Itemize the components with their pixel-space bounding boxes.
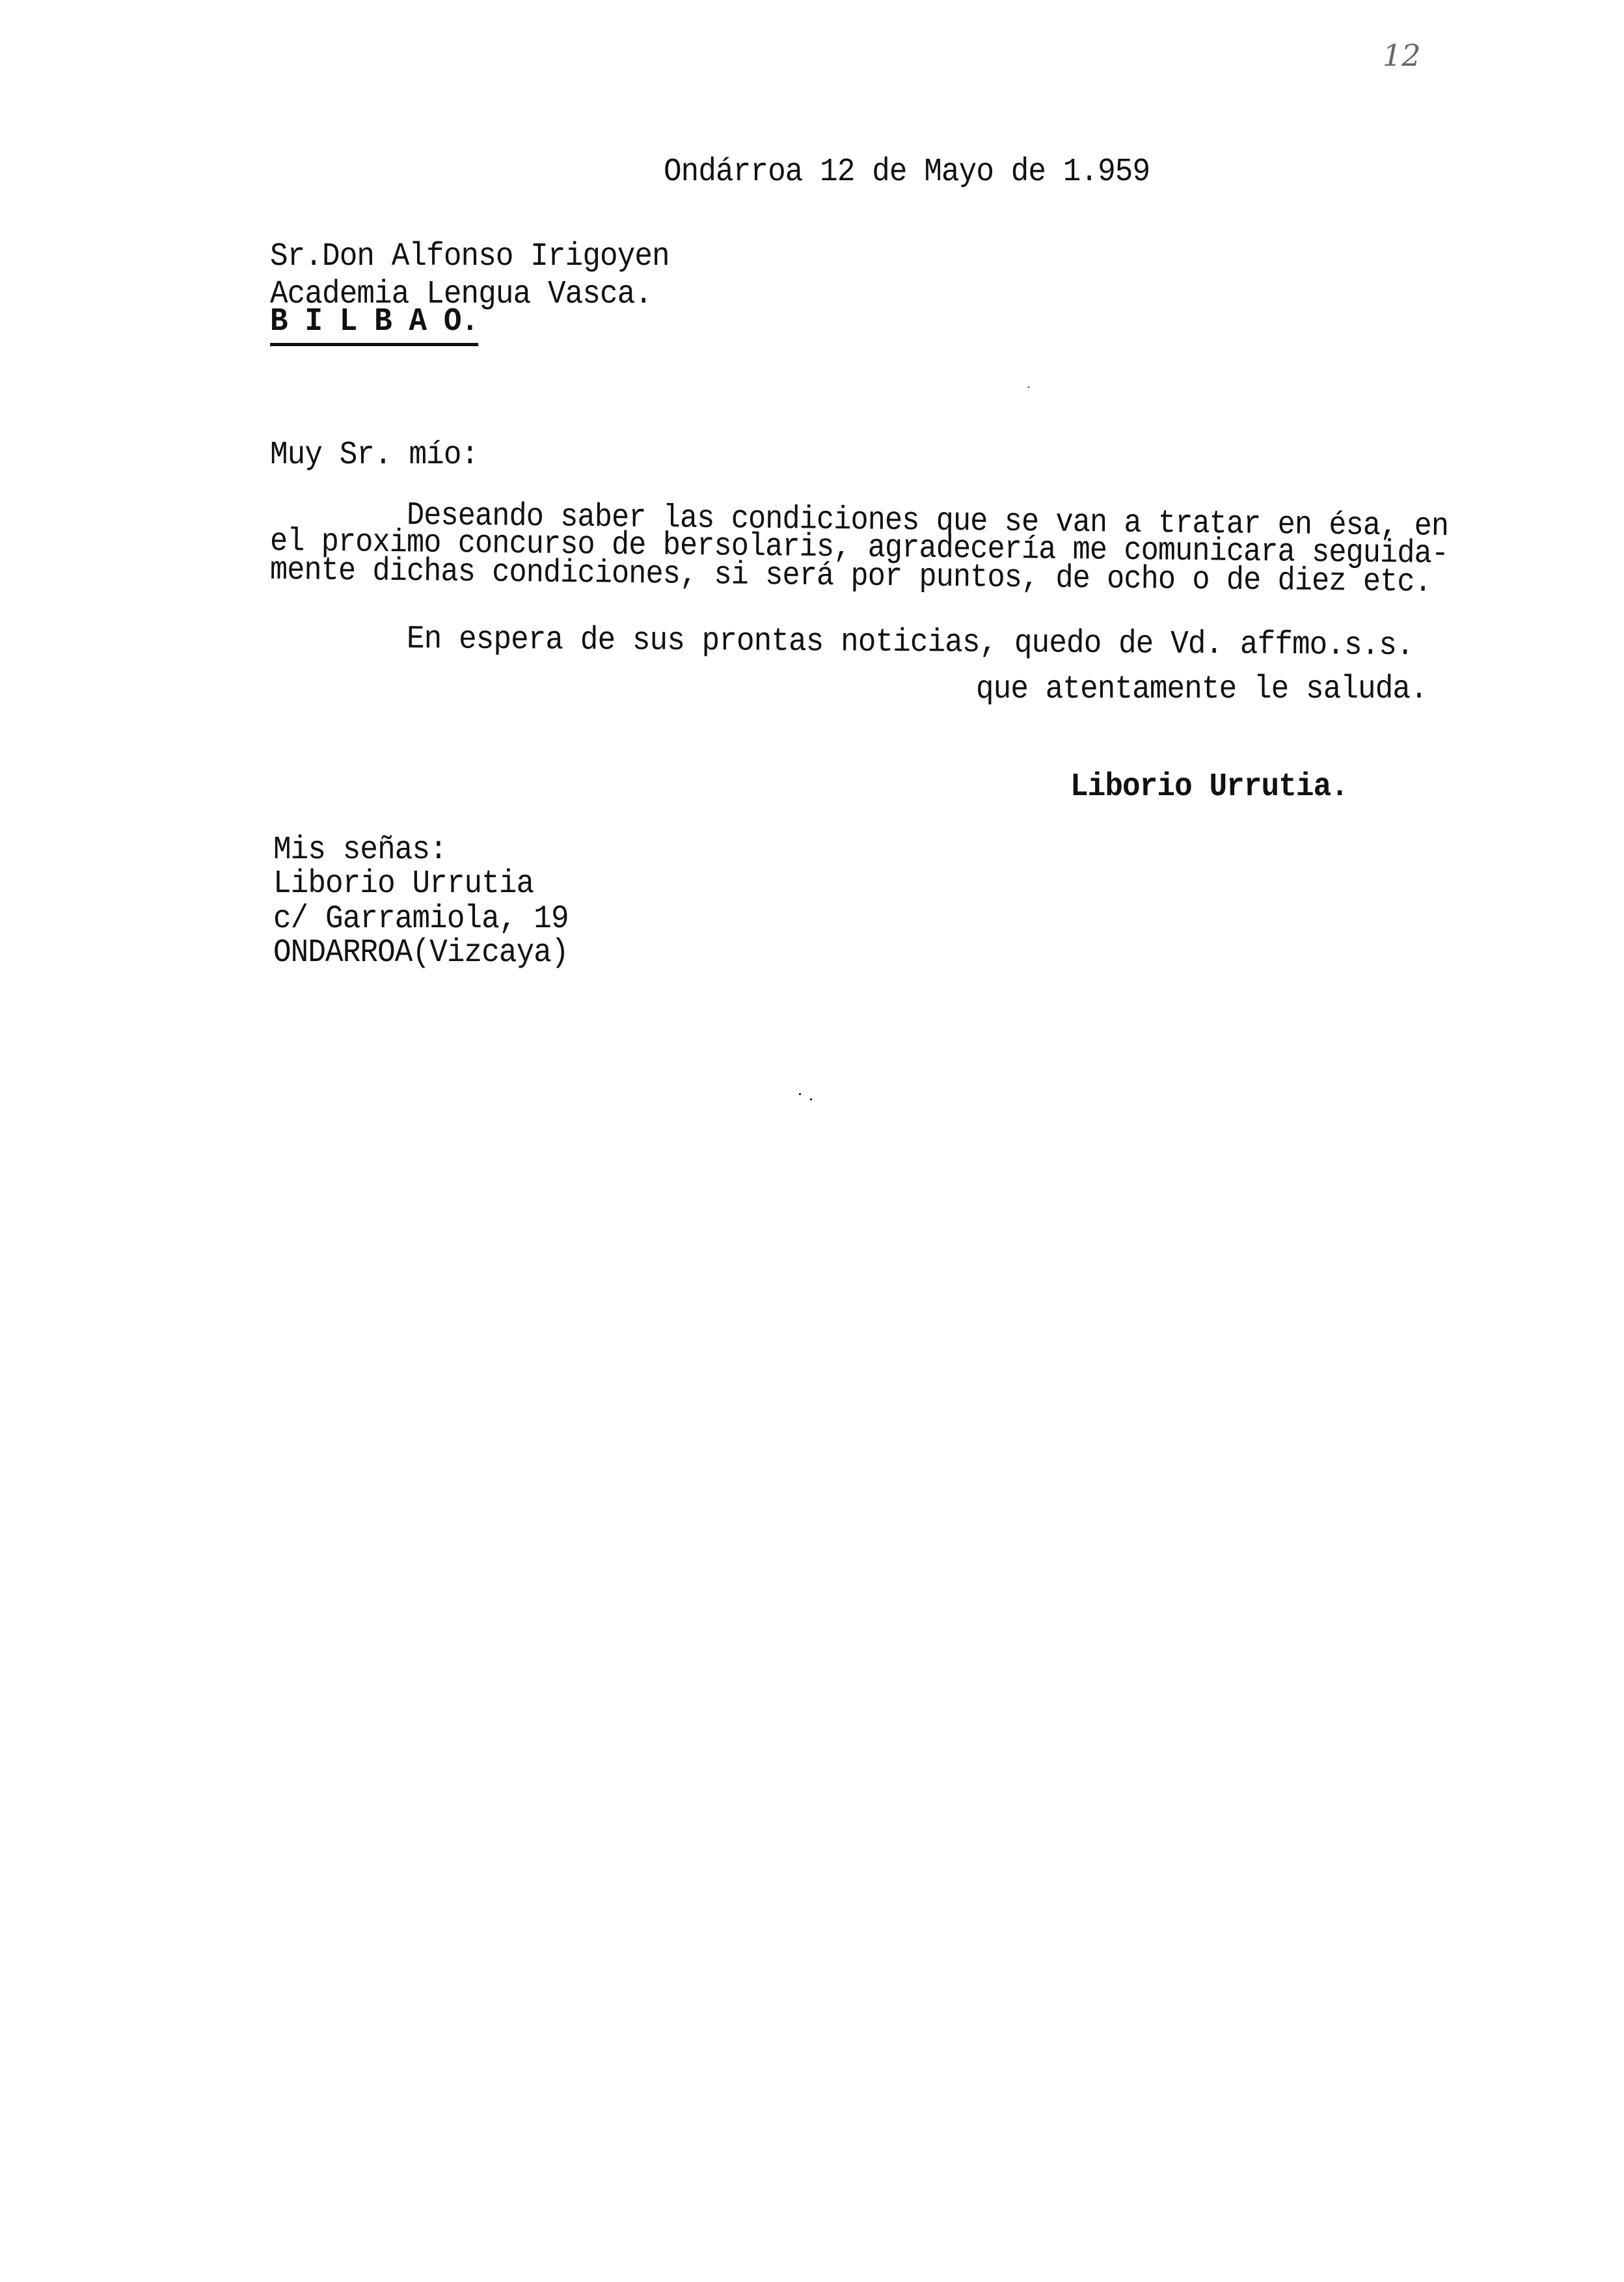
salutation: Muy Sr. mío:: [270, 439, 478, 472]
date-line: Ondárroa 12 de Mayo de 1.959: [664, 156, 1150, 189]
recipient-name: Sr.Don Alfonso Irigoyen: [270, 241, 670, 273]
recipient-city: B I L B A O.: [270, 306, 478, 338]
paper-speck: [1028, 387, 1029, 388]
sender-address-line: Liborio Urrutia: [273, 868, 534, 901]
sender-address-heading: Mis señas:: [273, 834, 447, 867]
paper-speck: [799, 1093, 801, 1095]
handwritten-page-number: 12: [1383, 38, 1421, 73]
signature: Liborio Urrutia.: [1070, 771, 1348, 804]
letter-page: 12 Ondárroa 12 de Mayo de 1.959 Sr.Don A…: [0, 0, 1624, 2282]
sender-address-line: ONDARROA(Vizcaya): [273, 937, 569, 970]
body-line: que atentamente le saluda.: [976, 673, 1428, 706]
body-line: En espera de sus prontas noticias, quedo…: [407, 623, 1414, 662]
recipient-city-text: B I L B A O.: [270, 303, 478, 346]
paper-speck: [810, 1098, 812, 1100]
sender-address-line: c/ Garramiola, 19: [273, 903, 569, 936]
